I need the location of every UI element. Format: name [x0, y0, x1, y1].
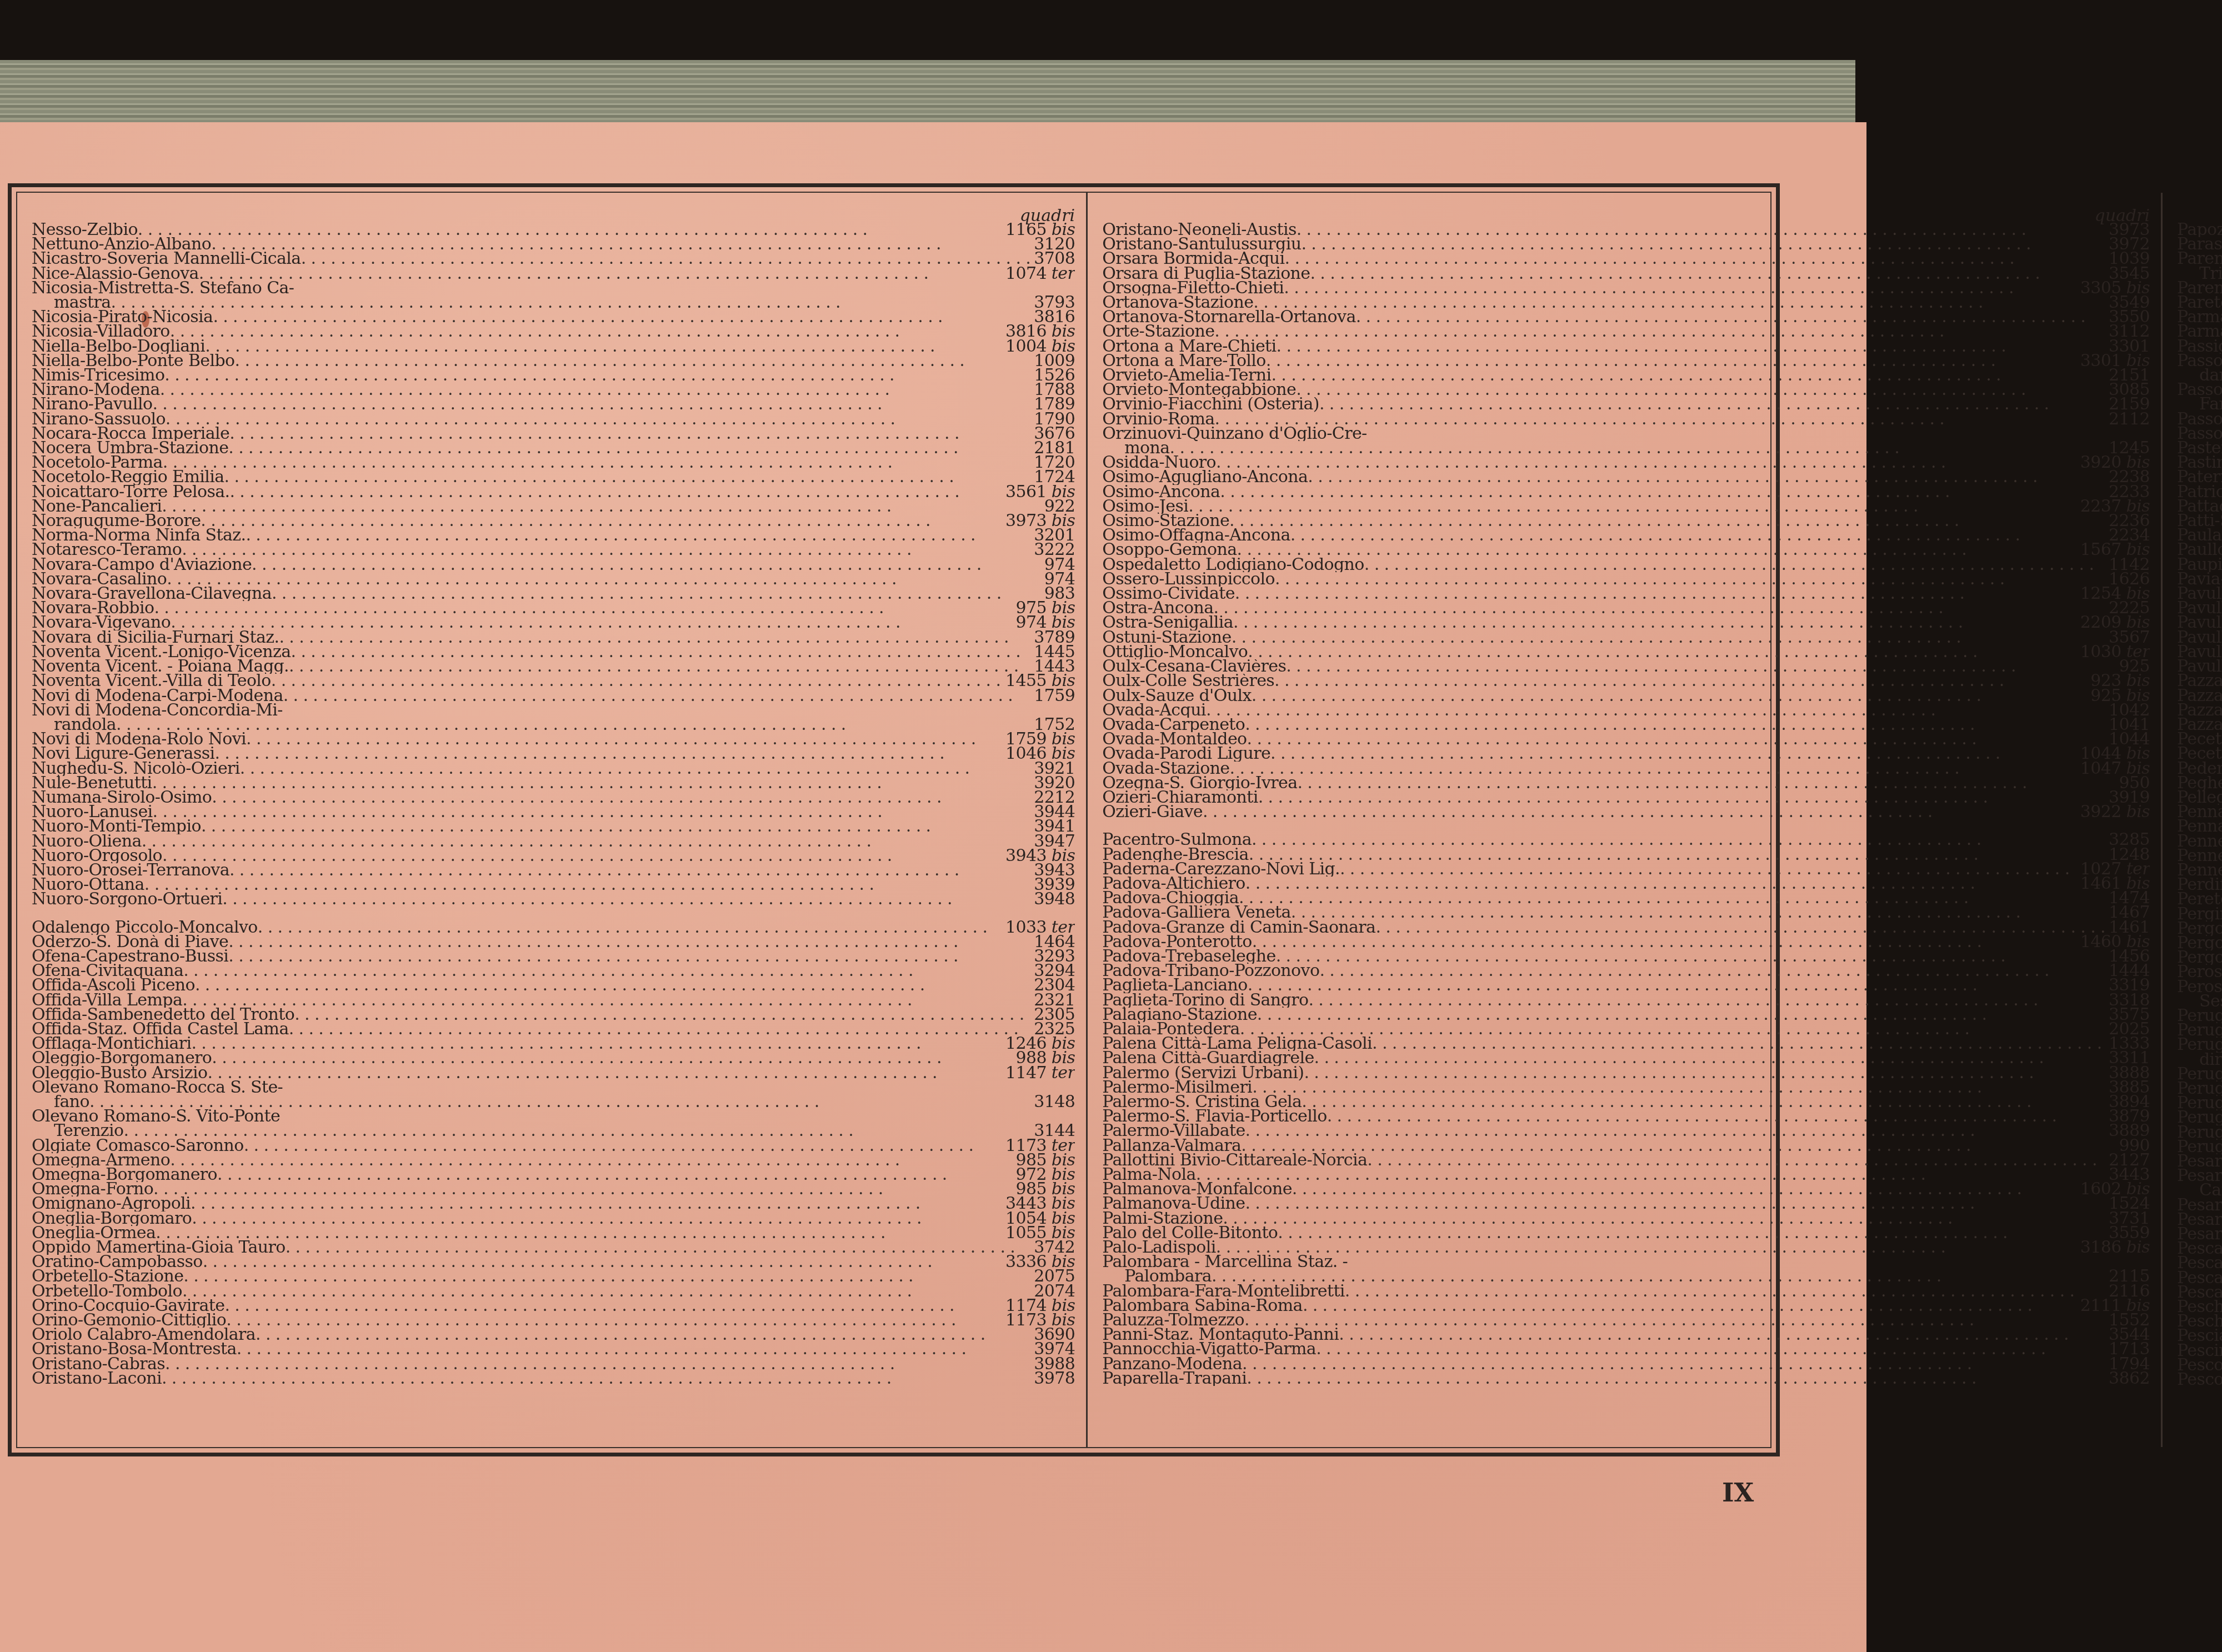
- page-number: IX: [1722, 1478, 1754, 1508]
- entry-table-number: 1074 ter: [1002, 267, 1075, 281]
- entry-table-number: 2112: [2105, 412, 2150, 427]
- entry-table-number: 2233: [2105, 485, 2150, 499]
- leader-dots: [1244, 1313, 2105, 1328]
- index-entry: Nuoro-Lanusei3944: [32, 805, 1075, 819]
- index-entry: Carpegna2174: [2177, 1183, 2222, 1198]
- entry-name: Nocara-Rocca Imperiale: [32, 427, 229, 441]
- table-number: 925: [2090, 689, 2121, 703]
- entry-table-number: 1033 ter: [1002, 920, 1075, 935]
- index-entry: Noventa Vicent. - Poiana Magg.1443: [32, 659, 1075, 674]
- entry-name: Oriolo Calabro-Amendolara: [32, 1328, 256, 1342]
- leader-dots: [1252, 689, 2087, 703]
- leader-dots: [1327, 1109, 2105, 1124]
- index-entry: Pavia-Monticelli Pavese1108: [2177, 572, 2222, 587]
- leader-dots: [1304, 1066, 2105, 1080]
- index-entry: Ospedaletto Lodigiano-Codogno1142: [1102, 558, 2150, 572]
- leader-dots: [1339, 1328, 2105, 1342]
- table-number: 3301: [2109, 339, 2150, 354]
- index-entry: Penne-Chieti3259: [2177, 834, 2222, 849]
- entry-name-continued: diretto): [2199, 1053, 2222, 1067]
- entry-name: Nuoro-Orgosolo: [32, 849, 162, 863]
- index-entry: Paupisi-Ponte Casalduni Stazione3504: [2177, 558, 2222, 572]
- index-entry: Pastena-Isoletta3503: [2177, 441, 2222, 455]
- entry-name: Papozze-Adria: [2177, 223, 2222, 237]
- index-entry: Omignano-Agropoli3443 bis: [32, 1197, 1075, 1211]
- entry-table-number: 1790: [1030, 412, 1075, 427]
- index-entry-name-line: Passo Radici -S. Anna - Sestola-: [2177, 383, 2222, 397]
- index-entry: Pecetto-Chieri917 bis: [2177, 747, 2222, 761]
- index-entry-name-line: Passo Morico-Cessapalombo-Cal-: [2177, 354, 2222, 368]
- table-suffix: bis: [2126, 805, 2150, 819]
- entry-name: Nuoro-Oliena: [32, 834, 142, 849]
- leader-dots: [207, 1066, 1002, 1080]
- table-suffix: bis: [2126, 674, 2150, 688]
- leader-dots: [205, 339, 1002, 354]
- entry-name: Ortona a Mare-Chieti: [1102, 339, 1276, 354]
- table-suffix: bis: [2126, 455, 2150, 470]
- index-entry: Ostuni-Stazione3567: [1102, 630, 2150, 645]
- entry-name: Paglieta-Torino di Sangro: [1102, 993, 1308, 1008]
- leader-dots: [1340, 862, 2077, 877]
- table-number: 1464: [1034, 935, 1075, 949]
- entry-name: Pescara (Autovie di): [2177, 1241, 2222, 1256]
- leader-dots: [156, 1226, 1002, 1240]
- entry-name: Pallottini Bivio-Cittareale-Norcia: [1102, 1153, 1367, 1168]
- index-entry: Palagiano-Stazione3575: [1102, 1008, 2150, 1022]
- entry-table-number: 3978: [1030, 1371, 1075, 1386]
- index-entry: Orbetello-Stazione2075: [32, 1269, 1075, 1284]
- leader-dots: [228, 441, 1030, 455]
- index-entry: Osidda-Nuoro3920 bis: [1102, 455, 2150, 470]
- index-entry: Ortanova-Stornarella-Ortanova3550: [1102, 310, 2150, 324]
- entry-name: Offida-Staz. Offida Castel Lama: [32, 1022, 289, 1037]
- entry-table-number: 3085: [2105, 383, 2150, 397]
- index-entry: Noicattaro-Torre Pelosa.3561 bis: [32, 485, 1075, 499]
- entry-table-number: 1445: [1030, 645, 1075, 659]
- entry-name: Orsara di Puglia-Stazione: [1102, 267, 1310, 281]
- entry-name: Noicattaro-Torre Pelosa.: [32, 485, 229, 499]
- entry-table-number: 1174 bis: [1002, 1299, 1075, 1313]
- entry-name: Paderna-Carezzano-Novi Lig.: [1102, 862, 1340, 877]
- entry-table-number: 3885: [2105, 1080, 2150, 1095]
- index-entry: Padova-Granze di Camin-Saonara1461: [1102, 920, 2150, 935]
- index-entry: Palermo-S. Cristina Gela3894: [1102, 1095, 2150, 1109]
- index-entry: Nuoro-Orgosolo3943 bis: [32, 849, 1075, 863]
- table-number: 3336: [1005, 1255, 1047, 1269]
- entry-name: Pereto-Stazione: [2177, 892, 2222, 907]
- entry-name: Pesariis-Comeglians: [2177, 1154, 2222, 1169]
- entry-name: Pergola-Stazione: [2177, 950, 2222, 965]
- entry-name: Nuoro-Orosei-Terranova: [32, 863, 229, 878]
- entry-name: Orsara Bormida-Acqui: [1102, 252, 1284, 266]
- index-entry: Orvinio-Roma2112: [1102, 412, 2150, 427]
- entry-name: Palermo-Villabate: [1102, 1124, 1245, 1138]
- entry-table-number: 3561 bis: [1002, 485, 1075, 499]
- table-suffix: bis: [1052, 324, 1075, 339]
- entry-table-number: 3293: [1030, 949, 1075, 964]
- table-suffix: bis: [1052, 339, 1075, 354]
- leader-dots: [283, 689, 1031, 703]
- index-entry: Paterno Calabro-Cosenza3656: [2177, 470, 2222, 484]
- entry-name: Pesaro-Fano: [2177, 1198, 2222, 1213]
- index-entry: Palmanova-Monfalcone1602 bis: [1102, 1182, 2150, 1197]
- table-number: 1461: [2080, 877, 2121, 891]
- leader-dots: [153, 1182, 1012, 1197]
- entry-table-number: 1027 ter: [2077, 862, 2150, 877]
- table-suffix: ter: [1052, 267, 1075, 281]
- index-entry: Palombara Sabina-Roma2111 bis: [1102, 1299, 2150, 1313]
- section-gap: [1102, 819, 2150, 833]
- entry-name: Osimo-Ancona: [1102, 485, 1220, 499]
- entry-name: Pareto-Spigno Stazione: [2177, 296, 2222, 310]
- entry-name: Pastena-Isoletta: [2177, 441, 2222, 455]
- index-entry: Offlaga-Montichiari1246 bis: [32, 1037, 1075, 1051]
- leader-dots: [294, 1008, 1030, 1022]
- entry-name: Peschiera-Lazise-Garda-Riva: [2177, 1314, 2222, 1329]
- entry-table-number: 3943 bis: [1002, 849, 1075, 863]
- table-number: 3559: [2109, 1226, 2150, 1240]
- entry-table-number: 3144: [1030, 1124, 1075, 1138]
- entry-name: Pazzano-Stilo-Monasterace: [2177, 718, 2222, 732]
- index-entry: Palena Città-Lama Peligna-Casoli1333: [1102, 1037, 2150, 1051]
- table-number: 3567: [2109, 630, 2150, 645]
- table-number: 1713: [2109, 1342, 2150, 1356]
- index-entry: Paularo-Tolmezzo1568: [2177, 528, 2222, 543]
- index-entry: Perosa Argentina-Perrero-Praly924: [2177, 965, 2222, 979]
- entry-table-number: 3443 bis: [1002, 1197, 1075, 1211]
- entry-table-number: 3112: [2105, 324, 2150, 339]
- index-entry: Orvieto-Montegabbione3085: [1102, 383, 2150, 397]
- table-number: 2237: [2080, 499, 2121, 514]
- entry-table-number: 1173 bis: [1002, 1313, 1075, 1328]
- index-entry: Perugia-Spina2095: [2177, 1140, 2222, 1154]
- index-entry: Oristano-Santulussurgiu3972: [1102, 237, 2150, 252]
- index-entry: Oristano-Bosa-Montresta3974: [32, 1342, 1075, 1356]
- index-entry: Padova-Chioggia1474: [1102, 891, 2150, 905]
- leader-dots: [1212, 1269, 2105, 1284]
- index-entry: Osoppo-Gemona1567 bis: [1102, 543, 2150, 557]
- leader-dots: [183, 964, 1030, 978]
- entry-table-number: 2212: [1030, 790, 1075, 805]
- table-number: 1074: [1005, 267, 1047, 281]
- leader-dots: [1356, 310, 2105, 324]
- leader-dots: [1291, 905, 2105, 920]
- entry-table-number: 1047 bis: [2077, 762, 2150, 776]
- entry-table-number: 985 bis: [1012, 1153, 1075, 1168]
- index-entry: Osimo-Offagna-Ancona2234: [1102, 528, 2150, 543]
- table-number: 1456: [2109, 949, 2150, 964]
- entry-name: Novara-Vigevano: [32, 615, 171, 630]
- entry-table-number: 1044: [2105, 732, 2150, 747]
- index-entry: Pergola-Senigallia2202: [2177, 936, 2222, 950]
- index-entry: Palermo-Misilmeri3885: [1102, 1080, 2150, 1095]
- index-entry: Omegna-Armeno985 bis: [32, 1153, 1075, 1168]
- entry-name: Penne-Chieti: [2177, 834, 2222, 849]
- index-entry: Ovada-Montaldeo1044: [1102, 732, 2150, 747]
- index-entry: Ozegna-S. Giorgio-Ivrea950: [1102, 776, 2150, 790]
- entry-name: Pavullo-Vignola-Bologna 1800 e: [2177, 645, 2222, 659]
- table-number: 3919: [2109, 790, 2150, 805]
- table-number: 3293: [1034, 949, 1075, 964]
- leader-dots: [111, 296, 1030, 310]
- entry-name: Novi Ligure-Generassi: [32, 747, 214, 761]
- leader-dots: [1292, 1182, 2077, 1197]
- table-number: 950: [2119, 776, 2150, 790]
- entry-name: Pannocchia-Vigatto-Parma: [1102, 1342, 1316, 1356]
- entry-name: Orbetello-Stazione: [32, 1269, 183, 1284]
- table-number: 3545: [2109, 267, 2150, 281]
- entry-name: Omegna-Armeno: [32, 1153, 170, 1168]
- index-entry: Passo Sanginesio-Macerata2300 bis: [2177, 427, 2222, 441]
- table-number: 1055: [1005, 1226, 1047, 1240]
- table-number: 3920: [1034, 776, 1075, 790]
- entry-list: Oristano-Neoneli-Austis3973Oristano-Sant…: [1102, 223, 2150, 1386]
- index-entry: Penne-Stazione3232: [2177, 863, 2222, 878]
- leader-dots: [170, 324, 1002, 339]
- index-entry: Oneglia-Borgomaro1054 bis: [32, 1212, 1075, 1226]
- table-number: 1027: [2080, 862, 2121, 877]
- leader-dots: [182, 1284, 1030, 1299]
- index-entry: Pattada-Stazione3961: [2177, 499, 2222, 514]
- entry-name: Padova-Galliera Veneta: [1102, 905, 1291, 920]
- leader-dots: [224, 470, 1031, 484]
- leader-dots: [1296, 383, 2105, 397]
- entry-name: Ozegna-S. Giorgio-Ivrea: [1102, 776, 1297, 790]
- entry-name: Passo Sanginesio-Macerata: [2177, 427, 2222, 441]
- entry-name: Ostra-Ancona: [1102, 601, 1213, 615]
- index-entry: Osimo-Stazione2236: [1102, 514, 2150, 528]
- entry-name: Peghera-Brembilla: [2177, 776, 2222, 790]
- index-entry: mastra3793: [32, 296, 1075, 310]
- leader-dots: [165, 1357, 1030, 1371]
- entry-table-number: 975 bis: [1012, 601, 1075, 615]
- table-number: 1054: [1005, 1212, 1047, 1226]
- table-number: 1794: [2109, 1357, 2150, 1371]
- index-entry: Palermo-S. Flavia-Porticello3879: [1102, 1109, 2150, 1124]
- leader-dots: [289, 1022, 1031, 1037]
- table-number: 3544: [2109, 1328, 2150, 1342]
- index-entry: Ortona a Mare-Chieti3301: [1102, 339, 2150, 354]
- entry-table-number: 1147 ter: [1002, 1066, 1075, 1080]
- index-entry: Pergola-Stazione2203: [2177, 950, 2222, 965]
- index-entry: Olgiate Comasco-Saronno1173 ter: [32, 1139, 1075, 1153]
- leader-dots: [162, 1371, 1030, 1386]
- index-entry: Ozieri-Giave3922 bis: [1102, 805, 2150, 819]
- table-suffix: bis: [2126, 543, 2150, 557]
- entry-table-number: 3921: [1030, 762, 1075, 776]
- leader-dots: [1240, 1022, 2105, 1037]
- entry-name: Nocetolo-Reggio Emilia: [32, 470, 224, 484]
- index-entry: Peghera-Brembilla1144: [2177, 776, 2222, 790]
- index-entry: Patrica-Frosinone3134: [2177, 485, 2222, 499]
- index-entry: Orino-Gemonio-Cittiglio1173 bis: [32, 1313, 1075, 1328]
- index-entry: Oleggio-Busto Arsizio1147 ter: [32, 1066, 1075, 1080]
- leader-dots: [1258, 790, 2105, 805]
- index-entry: Palmanova-Udine1524: [1102, 1197, 2150, 1211]
- leader-dots: [1170, 441, 2105, 455]
- table-number: 3690: [1034, 1328, 1075, 1342]
- entry-name: Pescasseroli-Pescina Staz.: [2177, 1285, 2222, 1300]
- entry-table-number: 1724: [1030, 470, 1075, 484]
- entry-table-number: 2075: [1030, 1269, 1075, 1284]
- table-number: 1046: [1005, 747, 1047, 761]
- index-entry: Palaia-Pontedera2025: [1102, 1022, 2150, 1037]
- entry-name: Olgiate Comasco-Saronno: [32, 1139, 244, 1153]
- entry-table-number: 3974: [1030, 1342, 1075, 1356]
- entry-name: Pescina-S. Benedetto Marsi: [2177, 1344, 2222, 1358]
- leader-dots: [1284, 281, 2076, 296]
- entry-name: Ostra-Senigallia: [1102, 615, 1233, 630]
- entry-table-number: 1245: [2105, 441, 2150, 455]
- entry-table-number: 3941: [1030, 819, 1075, 834]
- index-entry: Oriolo Calabro-Amendolara3690: [32, 1328, 1075, 1342]
- index-entry: Noventa Vicent.-Lonigo-Vicenza1445: [32, 645, 1075, 659]
- index-entry: Novi di Modena-Carpi-Modena1759: [32, 689, 1075, 703]
- entry-table-number: 1788: [1030, 383, 1075, 397]
- table-suffix: bis: [1052, 223, 1075, 237]
- entry-name-continued: mastra: [54, 296, 111, 310]
- entry-table-number: 3676: [1030, 427, 1075, 441]
- entry-table-number: 1474: [2105, 891, 2150, 905]
- leader-dots: [289, 659, 1030, 674]
- index-columns: quadri Nesso-Zelbio1165 bisNettuno-Anzio…: [16, 192, 1771, 1448]
- entry-name: Pazzano-Sassuolo: [2177, 703, 2222, 718]
- leader-dots: [1223, 1212, 2105, 1226]
- leader-dots: [1248, 978, 2105, 993]
- table-number: 2234: [2109, 528, 2150, 543]
- index-entry: Orsogna-Filetto-Chieti3305 bis: [1102, 281, 2150, 296]
- entry-table-number: 3201: [1030, 528, 1075, 543]
- entry-name: Pecetto-Alessandria: [2177, 732, 2222, 747]
- entry-table-number: 3567: [2105, 630, 2150, 645]
- leader-dots: [1316, 1342, 2105, 1356]
- entry-table-number: 3575: [2105, 1008, 2150, 1022]
- entry-name: Ovada-Montaldeo: [1102, 732, 1247, 747]
- index-entry: Pavullo-Vignola-Modena1776: [2177, 659, 2222, 674]
- entry-name: Novara-Campo d'Aviazione: [32, 558, 252, 572]
- entry-table-number: 2304: [1030, 978, 1075, 993]
- leader-dots: [235, 354, 1031, 368]
- leader-dots: [1245, 1124, 2105, 1138]
- index-entry: Pesaro-Urbino2188: [2177, 1227, 2222, 1241]
- entry-table-number: 3336 bis: [1002, 1255, 1075, 1269]
- leader-dots: [1308, 470, 2105, 484]
- entry-table-number: 2074: [1030, 1284, 1075, 1299]
- table-suffix: ter: [2126, 862, 2150, 877]
- entry-table-number: 3888: [2105, 1066, 2150, 1080]
- entry-name: Palermo-S. Cristina Gela: [1102, 1095, 1302, 1109]
- table-suffix: bis: [1052, 1051, 1075, 1065]
- table-number: 1044: [2109, 732, 2150, 747]
- entry-table-number: 1567 bis: [2077, 543, 2150, 557]
- entry-name-continued: Palombara: [1124, 1269, 1212, 1284]
- entry-table-number: 1720: [1030, 455, 1075, 470]
- table-number: 3862: [2109, 1371, 2150, 1386]
- index-entry: Odalengo Piccolo-Moncalvo1033 ter: [32, 920, 1075, 935]
- entry-name: Paupisi-Ponte Casalduni Stazione: [2177, 558, 2222, 572]
- table-number: 2074: [1034, 1284, 1075, 1299]
- table-number: 3222: [1034, 543, 1075, 557]
- entry-table-number: 2181: [1030, 441, 1075, 455]
- leader-dots: [1214, 601, 2106, 615]
- index-entry: Ortanova-Stazione3549: [1102, 296, 2150, 310]
- entry-list: Papozze-Adria1516Parasacco-Pavia1097 bis…: [2177, 223, 2222, 1387]
- leader-dots: [1257, 1008, 2105, 1022]
- index-entry: Omegna-Forno985 bis: [32, 1182, 1075, 1197]
- table-number: 2111: [2080, 1299, 2121, 1313]
- index-entry: Offida-Staz. Offida Castel Lama2325: [32, 1022, 1075, 1037]
- index-entry: Passo S. Angelo-Montegiorgio2283: [2177, 412, 2222, 427]
- leader-dots: [226, 1313, 1002, 1328]
- index-entry: Novi Ligure-Generassi1046 bis: [32, 747, 1075, 761]
- leader-dots: [1233, 615, 2077, 630]
- entry-name: Perugia-Monteluce: [2177, 1110, 2222, 1125]
- index-entry: Ottiglio-Moncalvo1030 ter: [1102, 645, 2150, 659]
- entry-name: Perdifumo-Agropoli: [2177, 878, 2222, 892]
- entry-table-number: 1455 bis: [1002, 674, 1075, 688]
- index-entry: Nuoro-Monti-Tempio3941: [32, 819, 1075, 834]
- entry-name: Notaresco-Teramo: [32, 543, 182, 557]
- index-entry-name-line: Perugia-Chiusi-Siena (Servizio: [2177, 1038, 2222, 1052]
- entry-name: Paparella-Trapani: [1102, 1371, 1247, 1386]
- entry-name: Offida-Sambenedetto del Tronto: [32, 1008, 294, 1022]
- index-entry-name-line: Olevano Romano-S. Vito-Ponte: [32, 1109, 1075, 1124]
- entry-table-number: 1142: [2105, 558, 2150, 572]
- leader-dots: [1285, 252, 2106, 266]
- table-number: 1039: [2109, 252, 2150, 266]
- table-number: 3708: [1034, 252, 1075, 266]
- table-number: 3941: [1034, 819, 1075, 834]
- entry-table-number: 3222: [1030, 543, 1075, 557]
- entry-name: Padenghe-Brescia: [1102, 848, 1249, 862]
- table-number: 1460: [2080, 935, 2121, 949]
- table-suffix: bis: [1052, 849, 1075, 863]
- entry-table-number: 1713: [2105, 1342, 2150, 1356]
- table-number: 3201: [1034, 528, 1075, 543]
- leader-dots: [116, 718, 1030, 732]
- index-entry-name-line: Perosa Arg.-Pragelato-Colle di: [2177, 980, 2222, 994]
- index-entry: Norma-Norma Ninfa Staz.3201: [32, 528, 1075, 543]
- table-suffix: bis: [1052, 1212, 1075, 1226]
- table-number: 3789: [1034, 630, 1075, 645]
- index-entry: Noragugume-Borore3973 bis: [32, 514, 1075, 528]
- entry-name: Ofena-Capestrano-Bussi: [32, 949, 228, 964]
- index-entry: Notaresco-Teramo3222: [32, 543, 1075, 557]
- entry-table-number: 1759 bis: [1002, 732, 1075, 747]
- table-number: 1142: [2109, 558, 2150, 572]
- entry-table-number: 2209 bis: [2077, 615, 2150, 630]
- entry-table-number: 3301 bis: [2077, 354, 2150, 368]
- entry-name: Nughedu-S. Nicolò-Ozieri: [32, 762, 240, 776]
- table-number: 1173: [1005, 1139, 1047, 1153]
- index-table-frame: quadri Nesso-Zelbio1165 bisNettuno-Anzio…: [8, 183, 1780, 1456]
- table-number: 2151: [2109, 368, 2150, 383]
- entry-name: Passo S. Angelo-Montegiorgio: [2177, 412, 2222, 427]
- leader-dots: [1229, 514, 2105, 528]
- entry-table-number: 1054 bis: [1002, 1212, 1075, 1226]
- index-entry: Pescina-S. Benedetto Marsi3289: [2177, 1344, 2222, 1358]
- index-entry: Nule-Benetutti3920: [32, 776, 1075, 790]
- index-entry: Penne-Collecorvino Stazione3259 bis: [2177, 849, 2222, 863]
- entry-name: Palmanova-Monfalcone: [1102, 1182, 1292, 1197]
- leader-dots: [154, 601, 1012, 615]
- entry-name: Nirano-Modena: [32, 383, 160, 397]
- entry-name-continued: fano: [54, 1095, 89, 1109]
- entry-name: Oppido Mamertina-Gioia Tauro: [32, 1240, 286, 1255]
- entry-table-number: 2305: [1030, 1008, 1075, 1022]
- table-number: 3921: [1034, 762, 1075, 776]
- index-entry: Pavullo-Castagneto-Zocca1780 bis: [2177, 601, 2222, 615]
